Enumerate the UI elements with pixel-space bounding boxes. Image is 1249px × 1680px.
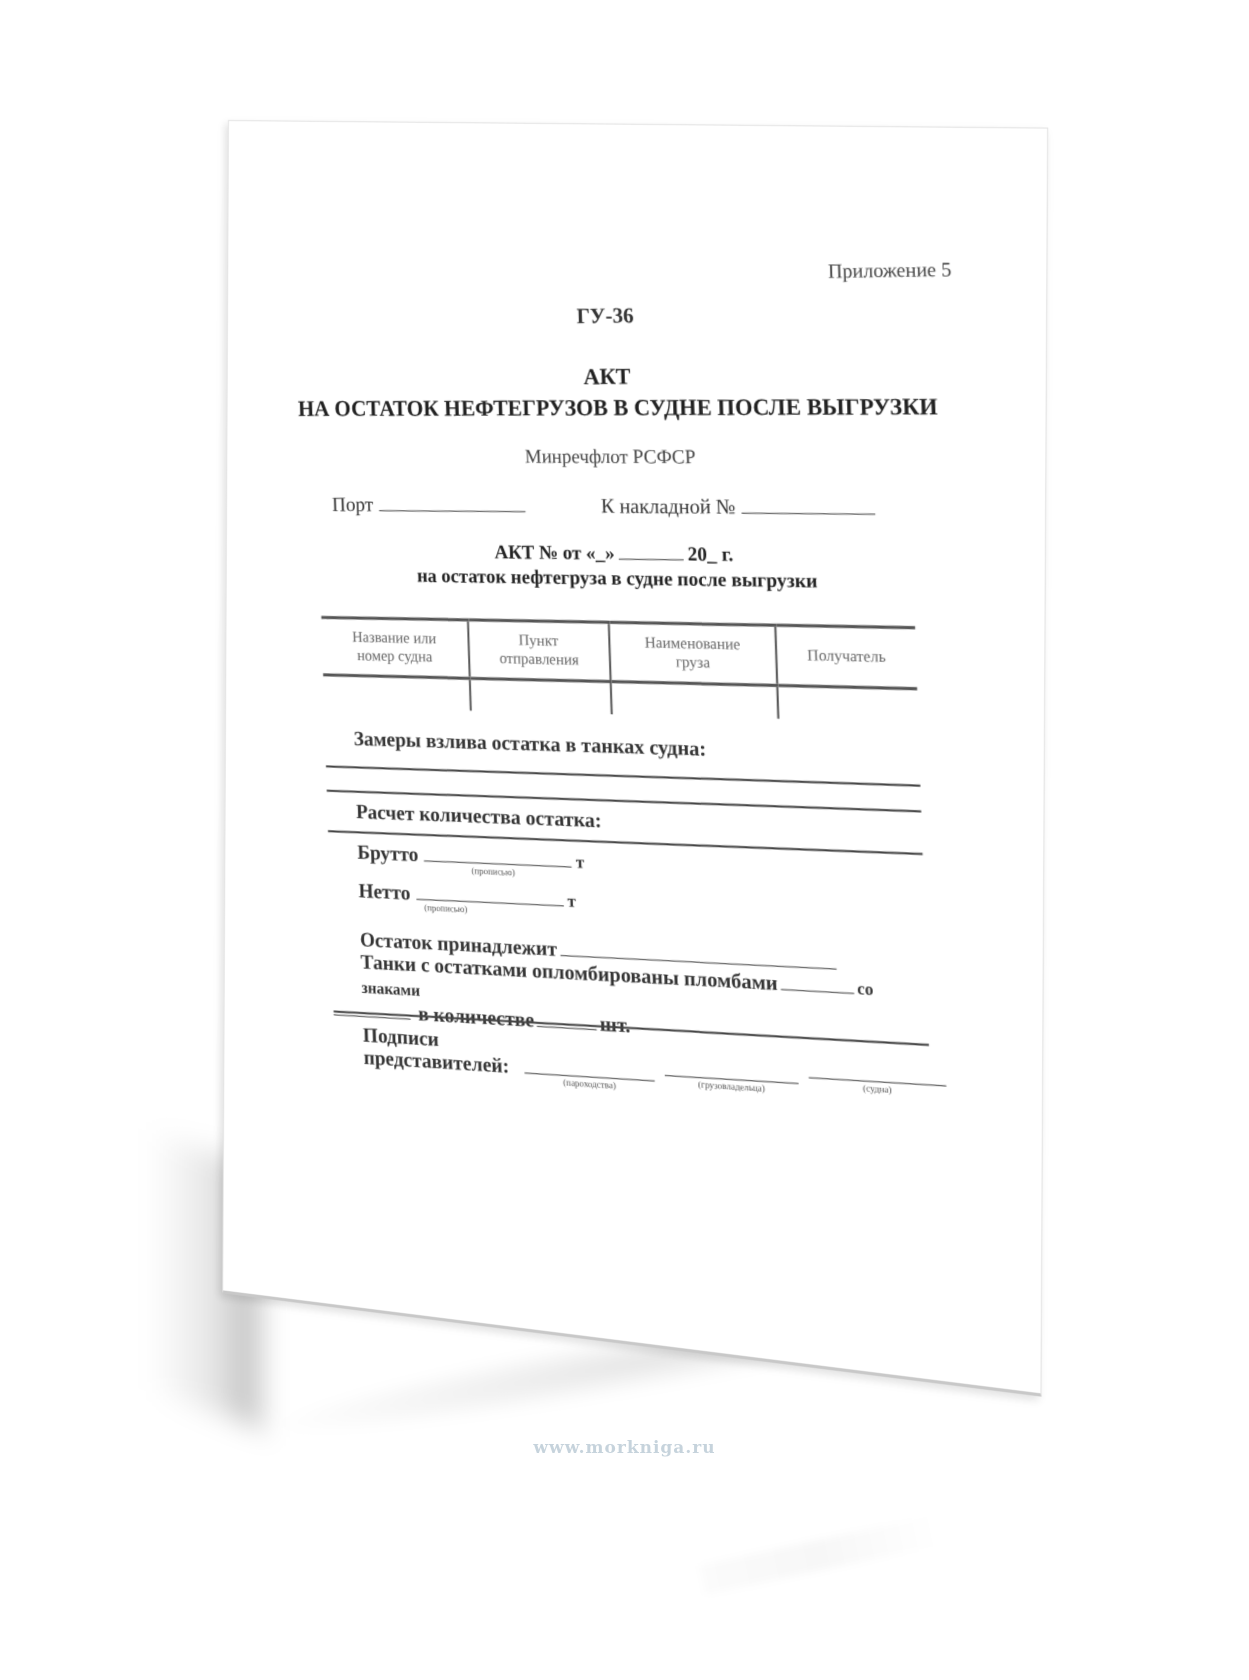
table-header-departure: Пунктотправления xyxy=(468,620,611,682)
document-title: АКТ НА ОСТАТОК НЕФТЕГРУЗОВ В СУДНЕ ПОСЛЕ… xyxy=(215,358,1032,424)
ship-info-table: Название илиномер судна Пунктотправления… xyxy=(321,616,918,723)
act-number-block: АКТ № от «_»20_ г. на остаток нефтегруза… xyxy=(220,538,1038,598)
title-line-1: АКТ xyxy=(215,358,1031,394)
net-hint: (прописью) xyxy=(424,902,467,914)
watermark: www.morkniga.ru xyxy=(0,1438,1249,1458)
invoice-label: К накладной № xyxy=(601,495,736,519)
signature-shipping-company: (пароходства) xyxy=(525,1073,655,1082)
net-label: Нетто xyxy=(358,880,411,905)
seal-blank xyxy=(781,976,855,994)
table-cell xyxy=(323,675,470,711)
table-cell xyxy=(611,682,779,719)
gross-label: Брутто xyxy=(357,841,419,866)
invoice-field: К накладной № xyxy=(601,493,876,521)
gross-hint: (прописью) xyxy=(471,865,515,877)
table-header-ship: Название илиномер судна xyxy=(321,617,469,678)
net-blank: (прописью) xyxy=(416,885,564,907)
calculation-label: Расчет количества остатка: xyxy=(356,801,602,834)
invoice-blank xyxy=(741,494,875,515)
title-line-2: НА ОСТАТОК НЕФТЕГРУЗОВ В СУДНЕ ПОСЛЕ ВЫГ… xyxy=(216,390,1033,424)
measurements-line-1 xyxy=(326,765,920,786)
gross-field: Брутто(прописью)т xyxy=(357,841,585,874)
port-field: Порт xyxy=(332,492,526,519)
month-blank xyxy=(618,544,683,560)
product-photo: Приложение 5 ГУ-36 АКТ НА ОСТАТОК НЕФТЕГ… xyxy=(0,0,1249,1680)
table-header-recipient: Получатель xyxy=(776,625,918,688)
net-unit: т xyxy=(567,891,576,911)
table-cell xyxy=(778,685,919,722)
gross-unit: т xyxy=(576,852,585,872)
table-header-cargo: Наименованиегруза xyxy=(609,622,777,685)
form-content: Приложение 5 ГУ-36 АКТ НА ОСТАТОК НЕФТЕГ… xyxy=(208,112,1064,1379)
port-label: Порт xyxy=(332,494,374,517)
act-number-year: 20_ г. xyxy=(687,544,733,567)
net-field: Нетто(прописью)т xyxy=(358,880,576,913)
gross-blank: (прописью) xyxy=(424,846,572,867)
signatures-block: Подписи представителей: xyxy=(363,1024,510,1078)
form-page: Приложение 5 ГУ-36 АКТ НА ОСТАТОК НЕФТЕГ… xyxy=(222,120,1048,1397)
measurements-label: Замеры взлива остатка в танках судна: xyxy=(353,728,706,762)
signature-cargo-owner: (грузовладельца) xyxy=(665,1075,799,1084)
ministry-label: Минречфлот РСФСР xyxy=(217,446,1034,470)
form-code: ГУ-36 xyxy=(213,298,1029,334)
signature-vessel: (судна) xyxy=(809,1077,947,1086)
appendix-label: Приложение 5 xyxy=(828,259,952,284)
table-cell xyxy=(469,678,612,714)
port-blank xyxy=(378,492,525,512)
act-number-prefix: АКТ № от «_» xyxy=(494,542,615,565)
